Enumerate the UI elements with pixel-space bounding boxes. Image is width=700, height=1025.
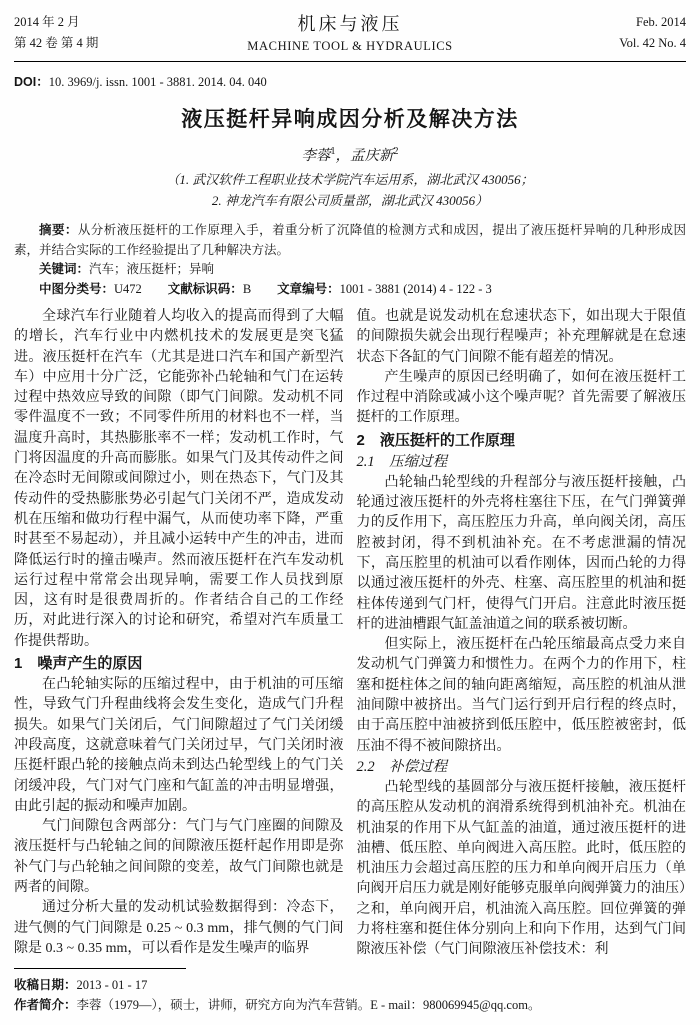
received-date-value: 2013 - 01 - 17 (77, 978, 148, 992)
section-heading-1: 1 噪声产生的原因 (14, 652, 344, 675)
issue-date-en: Feb. 2014 (536, 12, 686, 33)
classification-line: 中图分类号：U472文献标识码：B文章编号：1001 - 3881 (2014)… (14, 280, 686, 300)
paragraph: 值。也就是说发动机在怠速状态下，如出现大于限值的间隙损失就会出现行程噪声；补充理… (357, 307, 687, 368)
paragraph: 凸轮型线的基圆部分与液压挺杆接触，液压挺杆的高压腔从发动机的润滑系统得到机油补充… (357, 778, 687, 961)
doi-value: 10. 3969/j. issn. 1001 - 3881. 2014. 04.… (49, 75, 267, 89)
received-date-line: 收稿日期：2013 - 01 - 17 (14, 975, 686, 996)
issue-volume-cn: 第 42 卷 第 4 期 (14, 33, 164, 54)
paragraph: 凸轮轴凸轮型线的升程部分与液压挺杆接触，凸轮通过液压挺杆的外壳将柱塞往下压，在气… (357, 473, 687, 635)
abstract-label: 摘要： (39, 223, 78, 237)
paragraph: 在凸轮轴实际的压缩过程中，由于机油的可压缩性，导致气门升程曲线将会发生变化，造成… (14, 675, 344, 817)
abstract-text: 从分析液压挺杆的工作原理入手，着重分析了沉降值的检测方式和成因，提出了液压挺杆异… (14, 223, 686, 257)
footnote-rule (14, 968, 186, 969)
doi-label: DOI： (14, 75, 49, 89)
paragraph: 通过分析大量的发动机试验数据得到：冷态下，进气侧的气门间隙是 0.25 ~ 0.… (14, 898, 344, 959)
paragraph: 气门间隙包含两部分：气门与气门座圈的间隙及液压挺杆与凸轮轴之间的间隙液压挺杆起作… (14, 817, 344, 898)
paragraph: 但实际上，液压挺杆在凸轮压缩最高点受力来自发动机气门弹簧力和惯性力。在两个力的作… (357, 635, 687, 757)
author-1: 李蓉 (302, 148, 331, 164)
body-columns: 全球汽车行业随着人均收入的提高而得到了大幅的增长，汽车行业中内燃机技术的发展更是… (14, 307, 686, 961)
paragraph: 产生噪声的原因已经明确了，如何在液压挺杆工作过程中消除或减小这个噪声呢？首先需要… (357, 368, 687, 429)
journal-name-en: MACHINE TOOL & HYDRAULICS (164, 36, 536, 56)
journal-name-cn: 机床与液压 (164, 12, 536, 36)
header-right: Feb. 2014 Vol. 42 No. 4 (536, 12, 686, 54)
author-2-sup: 2 (394, 146, 399, 157)
article-id-label: 文章编号： (277, 282, 340, 296)
received-date-label: 收稿日期： (14, 978, 77, 992)
issue-volume-en: Vol. 42 No. 4 (536, 33, 686, 54)
issue-date-cn: 2014 年 2 月 (14, 12, 164, 33)
keywords-label: 关键词： (39, 262, 89, 276)
column-right: 值。也就是说发动机在怠速状态下，如出现大于限值的间隙损失就会出现行程噪声；补充理… (357, 307, 687, 961)
header-left: 2014 年 2 月 第 42 卷 第 4 期 (14, 12, 164, 54)
article-id-value: 1001 - 3881 (2014) 4 - 122 - 3 (340, 282, 492, 296)
header-rule (14, 61, 686, 62)
affiliations: （1. 武汉软件工程职业技术学院汽车运用系，湖北武汉 430056； 2. 神龙… (14, 169, 686, 211)
affiliation-1: （1. 武汉软件工程职业技术学院汽车运用系，湖北武汉 430056； (14, 169, 686, 190)
doi-line: DOI：10. 3969/j. issn. 1001 - 3881. 2014.… (14, 72, 686, 90)
keywords-text: 汽车；液压挺杆；异响 (89, 262, 214, 276)
doc-code-label: 文献标识码： (168, 282, 243, 296)
paragraph: 全球汽车行业随着人均收入的提高而得到了大幅的增长，汽车行业中内燃机技术的发展更是… (14, 307, 344, 652)
section-heading-2: 2 液压挺杆的工作原理 (357, 429, 687, 452)
abstract-block: 摘要：从分析液压挺杆的工作原理入手，着重分析了沉降值的检测方式和成因，提出了液压… (14, 221, 686, 299)
author-bio-line: 作者简介：李蓉（1979—），硕士，讲师，研究方向为汽车营销。E - mail：… (14, 995, 686, 1016)
author-bio-value: 李蓉（1979—），硕士，讲师，研究方向为汽车营销。E - mail：98006… (77, 998, 541, 1012)
authors-line: 李蓉1，孟庆新2 (14, 144, 686, 165)
clc-value: U472 (114, 282, 142, 296)
clc-label: 中图分类号： (39, 282, 114, 296)
subsection-heading-2-2: 2.2 补偿过程 (357, 757, 687, 778)
paper-title: 液压挺杆异响成因分析及解决方法 (14, 103, 686, 133)
author-2: 孟庆新 (350, 148, 394, 164)
author-bio-label: 作者简介： (14, 998, 77, 1012)
column-left: 全球汽车行业随着人均收入的提高而得到了大幅的增长，汽车行业中内燃机技术的发展更是… (14, 307, 344, 961)
subsection-heading-2-1: 2.1 压缩过程 (357, 452, 687, 473)
doc-code-value: B (243, 282, 251, 296)
paper-page: 2014 年 2 月 第 42 卷 第 4 期 机床与液压 MACHINE TO… (0, 0, 700, 1025)
affiliation-2: 2. 神龙汽车有限公司质量部，湖北武汉 430056） (14, 190, 686, 211)
footnote-block: 收稿日期：2013 - 01 - 17 作者简介：李蓉（1979—），硕士，讲师… (14, 968, 686, 1016)
author-separator: ， (336, 148, 351, 164)
keywords-line: 关键词：汽车；液压挺杆；异响 (14, 260, 686, 280)
header-center: 机床与液压 MACHINE TOOL & HYDRAULICS (164, 12, 536, 56)
abstract-paragraph: 摘要：从分析液压挺杆的工作原理入手，着重分析了沉降值的检测方式和成因，提出了液压… (14, 221, 686, 260)
journal-header: 2014 年 2 月 第 42 卷 第 4 期 机床与液压 MACHINE TO… (14, 12, 686, 56)
